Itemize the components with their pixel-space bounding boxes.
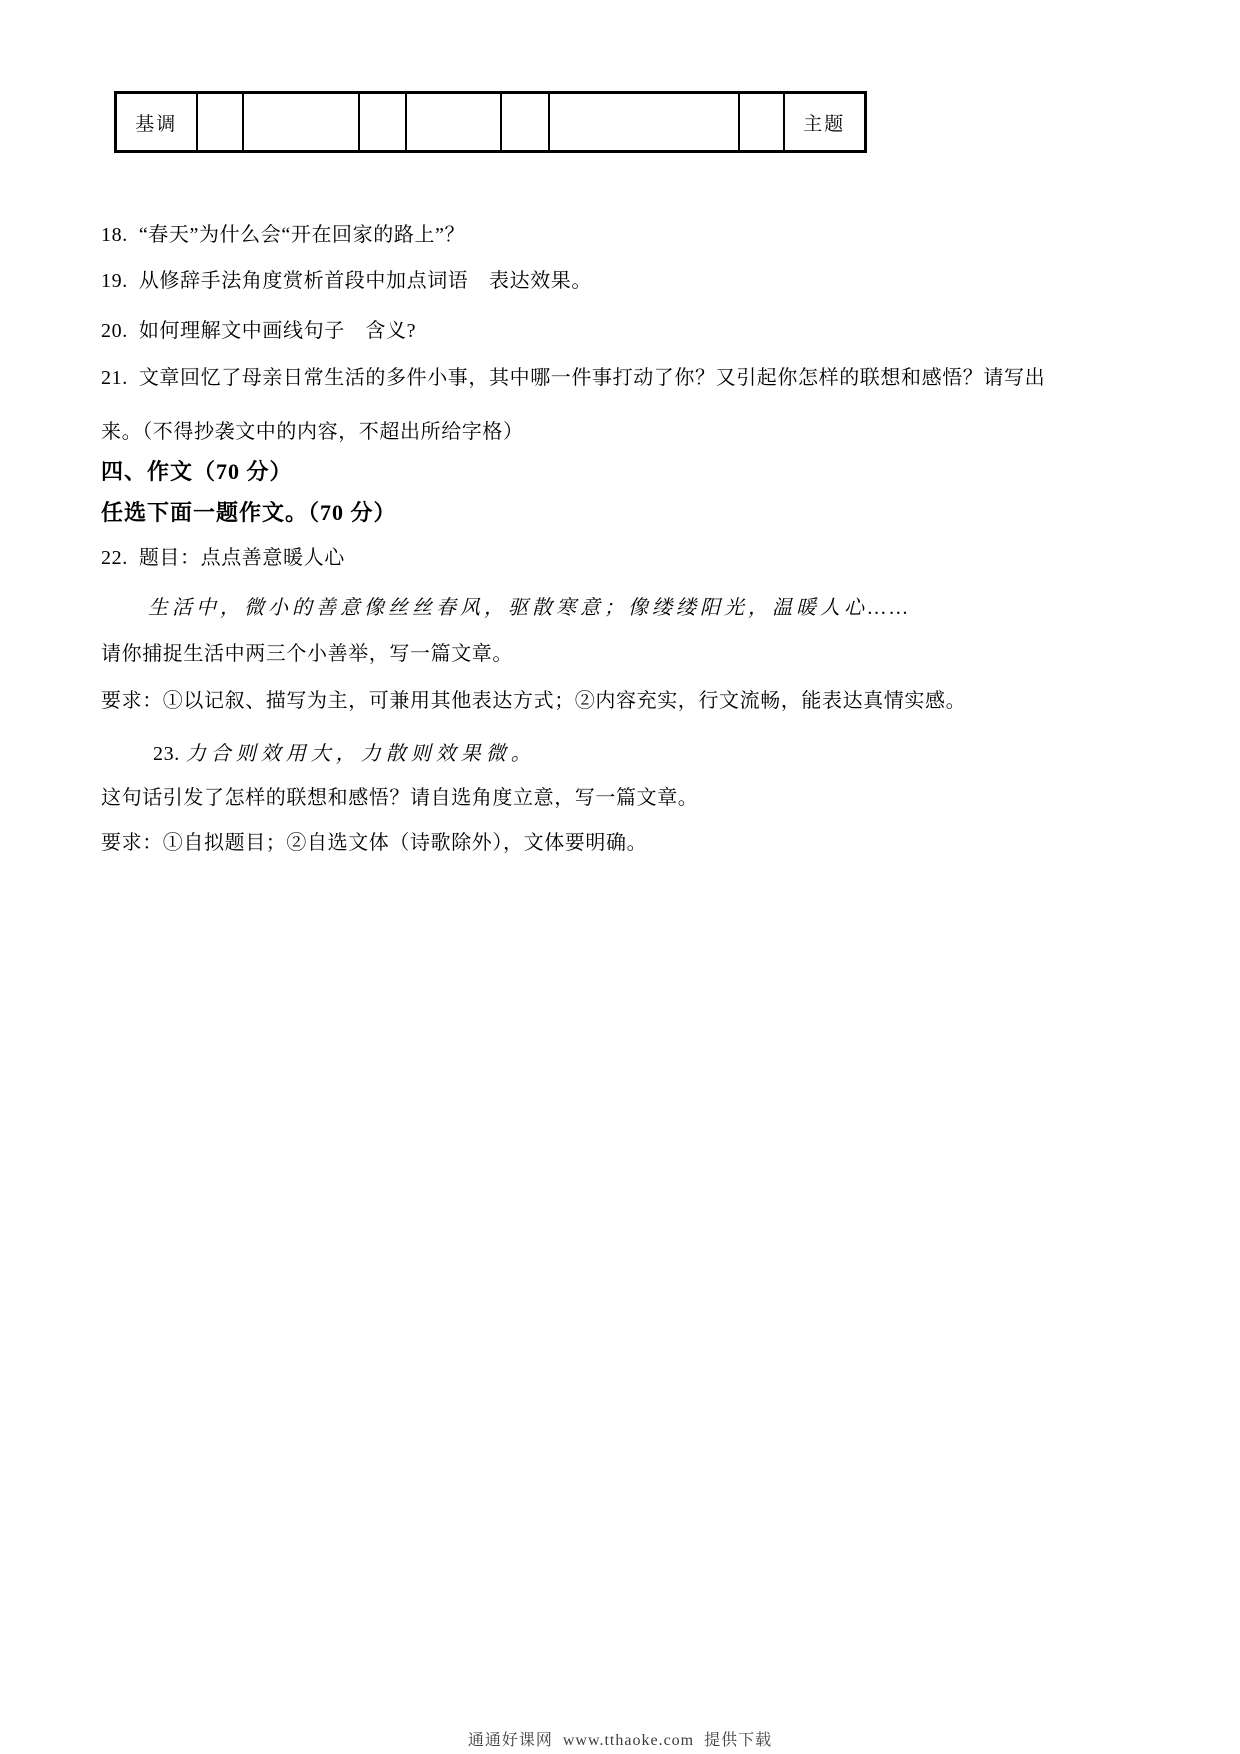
table-cell-blank-5 — [501, 93, 549, 152]
question-23-quote-line: 23.力合则效用大，力散则效果微。 — [153, 741, 536, 767]
table-cell-blank-2 — [243, 93, 359, 152]
question-21-text-line2: 来。（不得抄袭文中的内容，不超出所给字格） — [101, 421, 524, 443]
question-23-requirements: 要求：①自拟题目；②自选文体（诗歌除外），文体要明确。 — [101, 830, 647, 856]
question-18-number: 18. — [101, 224, 128, 246]
answer-fill-in-table: 基调 主题 — [114, 91, 867, 153]
table-cell-blank-1 — [197, 93, 243, 152]
question-22-prompt: 请你捕捉生活中两三个小善举，写一篇文章。 — [101, 641, 513, 667]
question-22-title: 22.题目：点点善意暖人心 — [101, 545, 345, 571]
question-23-prompt-text: 这句话引发了怎样的联想和感悟？请自选角度立意，写一篇文章。 — [101, 787, 698, 809]
essay-section-instruction: 任选下面一题作文。（70 分） — [101, 500, 397, 526]
question-19-text: 从修辞手法角度赏析首段中加点词语 表达效果。 — [139, 270, 592, 292]
question-22-quote: 生活中，微小的善意像丝丝春风，驱散寒意；像缕缕阳光，温暖人心…… — [148, 595, 912, 621]
table-cell-blank-6 — [549, 93, 739, 152]
essay-section-heading: 四、作文（70 分） — [101, 459, 293, 485]
question-23-number: 23. — [153, 743, 180, 765]
essay-section-instruction-text: 任选下面一题作文。（70 分） — [101, 500, 397, 525]
question-21-line2: 来。（不得抄袭文中的内容，不超出所给字格） — [101, 419, 524, 445]
question-21-number: 21. — [101, 367, 128, 389]
table-cell-zhuti: 主题 — [784, 93, 866, 152]
question-18-text: “春天”为什么会“开在回家的路上”？ — [139, 224, 465, 246]
footer-site-name: 通通好课网 — [468, 1732, 553, 1749]
question-21-text-line1: 文章回忆了母亲日常生活的多件小事，其中哪一件事打动了你？又引起你怎样的联想和感悟… — [139, 367, 1045, 389]
footer-url: www.tthaoke.com — [563, 1732, 694, 1749]
exam-paper-page: 基调 主题 18.“春天”为什么会“开在回家的路上”？ 19.从修辞手法角度赏析… — [0, 0, 1240, 1754]
essay-section-heading-text: 四、作文（70 分） — [101, 459, 293, 484]
table-cell-jidiao: 基调 — [116, 93, 197, 152]
question-20-number: 20. — [101, 320, 128, 342]
footer-watermark: 通通好课网www.tthaoke.com提供下载 — [0, 1727, 1240, 1750]
question-18: 18.“春天”为什么会“开在回家的路上”？ — [101, 222, 465, 248]
question-21-line1: 21.文章回忆了母亲日常生活的多件小事，其中哪一件事打动了你？又引起你怎样的联想… — [101, 365, 1045, 391]
question-20: 20.如何理解文中画线句子 含义? — [101, 318, 416, 344]
question-22-number: 22. — [101, 547, 128, 569]
question-22-requirements: 要求：①以记叙、描写为主，可兼用其他表达方式；②内容充实，行文流畅，能表达真情实… — [101, 688, 966, 714]
question-23-prompt: 这句话引发了怎样的联想和感悟？请自选角度立意，写一篇文章。 — [101, 785, 698, 811]
table-cell-blank-4 — [406, 93, 501, 152]
question-23-requirements-text: 要求：①自拟题目；②自选文体（诗歌除外），文体要明确。 — [101, 832, 647, 854]
question-19: 19.从修辞手法角度赏析首段中加点词语 表达效果。 — [101, 268, 592, 294]
question-19-number: 19. — [101, 270, 128, 292]
table-row: 基调 主题 — [116, 93, 866, 152]
footer-suffix: 提供下载 — [704, 1732, 772, 1749]
question-20-text: 如何理解文中画线句子 含义? — [139, 320, 416, 342]
question-22-prompt-text: 请你捕捉生活中两三个小善举，写一篇文章。 — [101, 643, 513, 665]
question-22-quote-text: 生活中，微小的善意像丝丝春风，驱散寒意；像缕缕阳光，温暖人心…… — [148, 597, 912, 619]
table-cell-blank-7 — [739, 93, 784, 152]
question-22-title-text: 题目：点点善意暖人心 — [139, 547, 345, 569]
table-cell-blank-3 — [359, 93, 406, 152]
question-23-quote-text: 力合则效用大，力散则效果微。 — [186, 743, 536, 765]
question-22-requirements-text: 要求：①以记叙、描写为主，可兼用其他表达方式；②内容充实，行文流畅，能表达真情实… — [101, 690, 966, 712]
